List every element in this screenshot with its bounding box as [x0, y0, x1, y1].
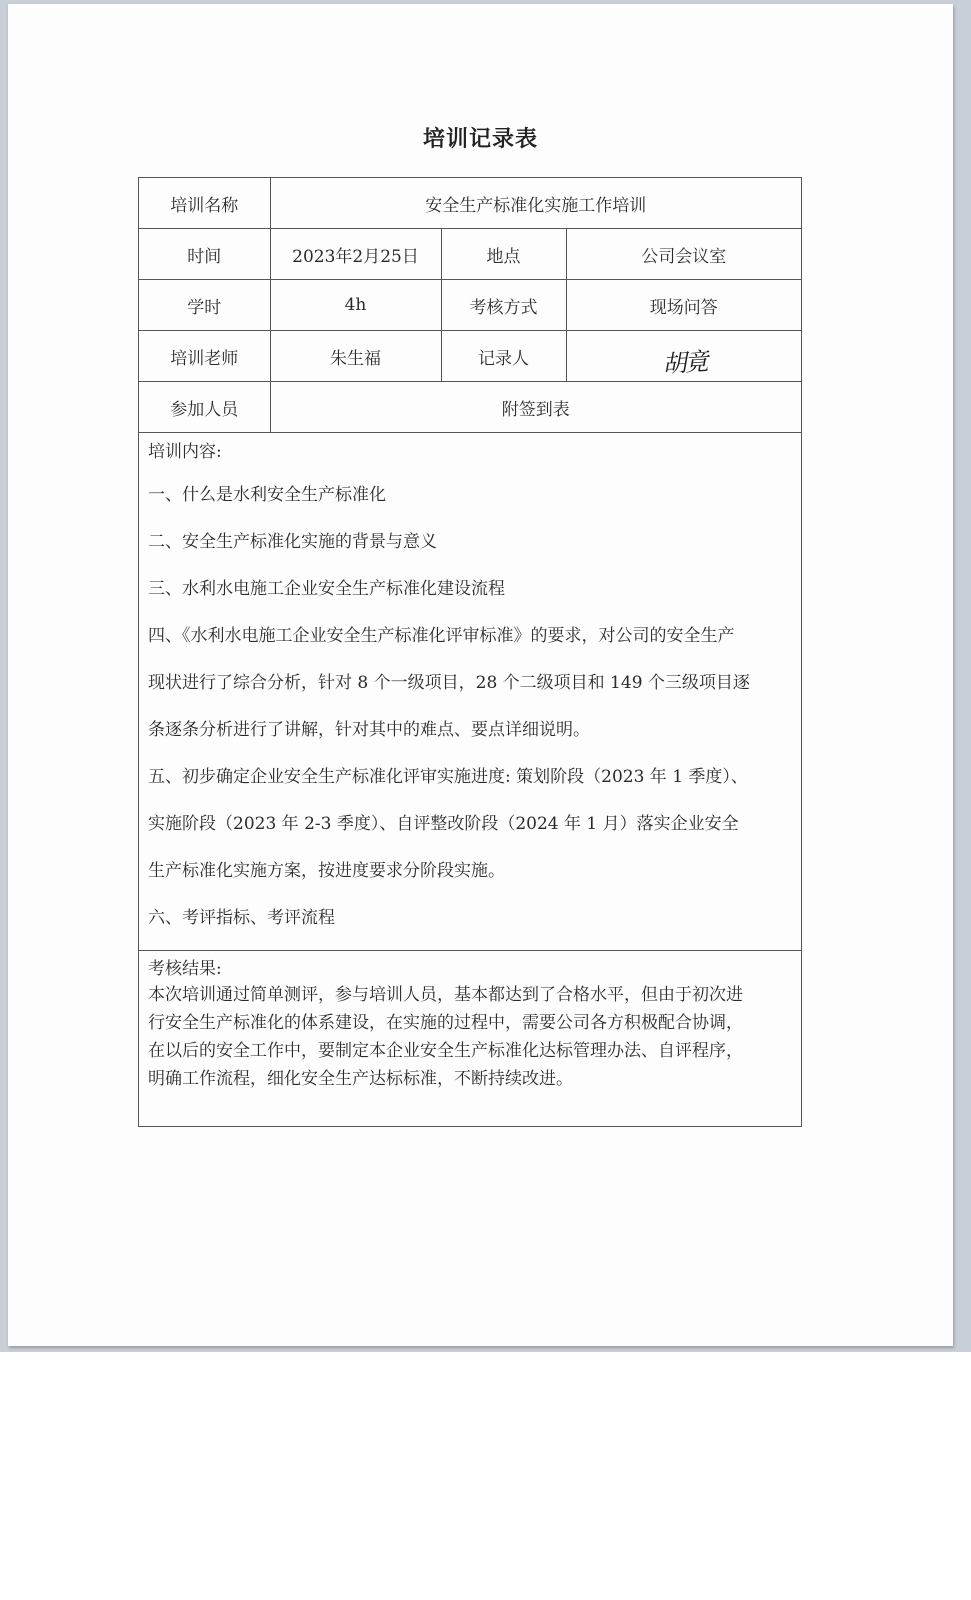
result-line: 本次培训通过简单测评，参与培训人员，基本都达到了合格水平，但由于初次进: [148, 981, 792, 1009]
result-line: 行安全生产标准化的体系建设，在实施的过程中，需要公司各方积极配合协调，: [148, 1009, 792, 1037]
content-line: 二、安全生产标准化实施的背景与意义: [148, 518, 792, 567]
content-line: 三、水利水电施工企业安全生产标准化建设流程: [148, 565, 792, 614]
value-recorder: 胡竟: [566, 331, 801, 382]
assessment-result-section: 考核结果: 本次培训通过简单测评，参与培训人员，基本都达到了合格水平，但由于初次…: [139, 951, 801, 1093]
content-line: 现状进行了综合分析，针对 8 个一级项目，28 个二级项目和 149 个三级项目…: [148, 659, 792, 708]
content-line: 四、《水利水电施工企业安全生产标准化评审标准》的要求，对公司的安全生产: [148, 612, 792, 661]
content-line: 六、考评指标、考评流程: [148, 894, 792, 943]
training-content-heading: 培训内容:: [148, 441, 792, 463]
content-line: 一、什么是水利安全生产标准化: [148, 471, 792, 520]
label-training-name: 培训名称: [139, 178, 270, 229]
value-hours: 4h: [270, 280, 441, 331]
label-hours: 学时: [139, 280, 270, 331]
recorder-signature: 胡竟: [661, 341, 707, 379]
info-table: 培训名称 安全生产标准化实施工作培训 时间 2023年2月25日 地点 公司会议…: [139, 178, 801, 433]
label-time: 时间: [139, 229, 270, 280]
row-time-location: 时间 2023年2月25日 地点 公司会议室: [139, 229, 801, 280]
document-page: 培训记录表 培训名称 安全生产标准化实施工作培训 时间 2023年2月25日 地…: [8, 4, 953, 1346]
row-teacher-recorder: 培训老师 朱生福 记录人 胡竟: [139, 331, 801, 382]
content-line: 实施阶段（2023 年 2-3 季度）、自评整改阶段（2024 年 1 月）落实…: [148, 800, 792, 849]
document-title: 培训记录表: [8, 122, 953, 153]
value-location: 公司会议室: [566, 229, 801, 280]
label-teacher: 培训老师: [139, 331, 270, 382]
label-location: 地点: [441, 229, 566, 280]
label-participants: 参加人员: [139, 382, 270, 433]
result-line: 明确工作流程，细化安全生产达标标准，不断持续改进。: [148, 1065, 792, 1093]
row-hours-assessment: 学时 4h 考核方式 现场问答: [139, 280, 801, 331]
value-teacher: 朱生福: [270, 331, 441, 382]
label-recorder: 记录人: [441, 331, 566, 382]
assessment-result-heading: 考核结果:: [148, 957, 792, 981]
training-record-form: 培训名称 安全生产标准化实施工作培训 时间 2023年2月25日 地点 公司会议…: [138, 177, 802, 1127]
content-line: 五、初步确定企业安全生产标准化评审实施进度: 策划阶段（2023 年 1 季度）…: [148, 753, 792, 802]
value-training-name: 安全生产标准化实施工作培训: [270, 178, 801, 229]
content-line: 生产标准化实施方案，按进度要求分阶段实施。: [148, 847, 792, 896]
label-assessment-method: 考核方式: [441, 280, 566, 331]
row-training-name: 培训名称 安全生产标准化实施工作培训: [139, 178, 801, 229]
training-content-section: 培训内容: 一、什么是水利安全生产标准化 二、安全生产标准化实施的背景与意义 三…: [139, 433, 801, 951]
content-line: 条逐条分析进行了讲解，针对其中的难点、要点详细说明。: [148, 706, 792, 755]
result-line: 在以后的安全工作中，要制定本企业安全生产标准化达标管理办法、自评程序，: [148, 1037, 792, 1065]
row-participants: 参加人员 附签到表: [139, 382, 801, 433]
value-assessment-method: 现场问答: [566, 280, 801, 331]
value-participants: 附签到表: [270, 382, 801, 433]
value-time: 2023年2月25日: [270, 229, 441, 280]
